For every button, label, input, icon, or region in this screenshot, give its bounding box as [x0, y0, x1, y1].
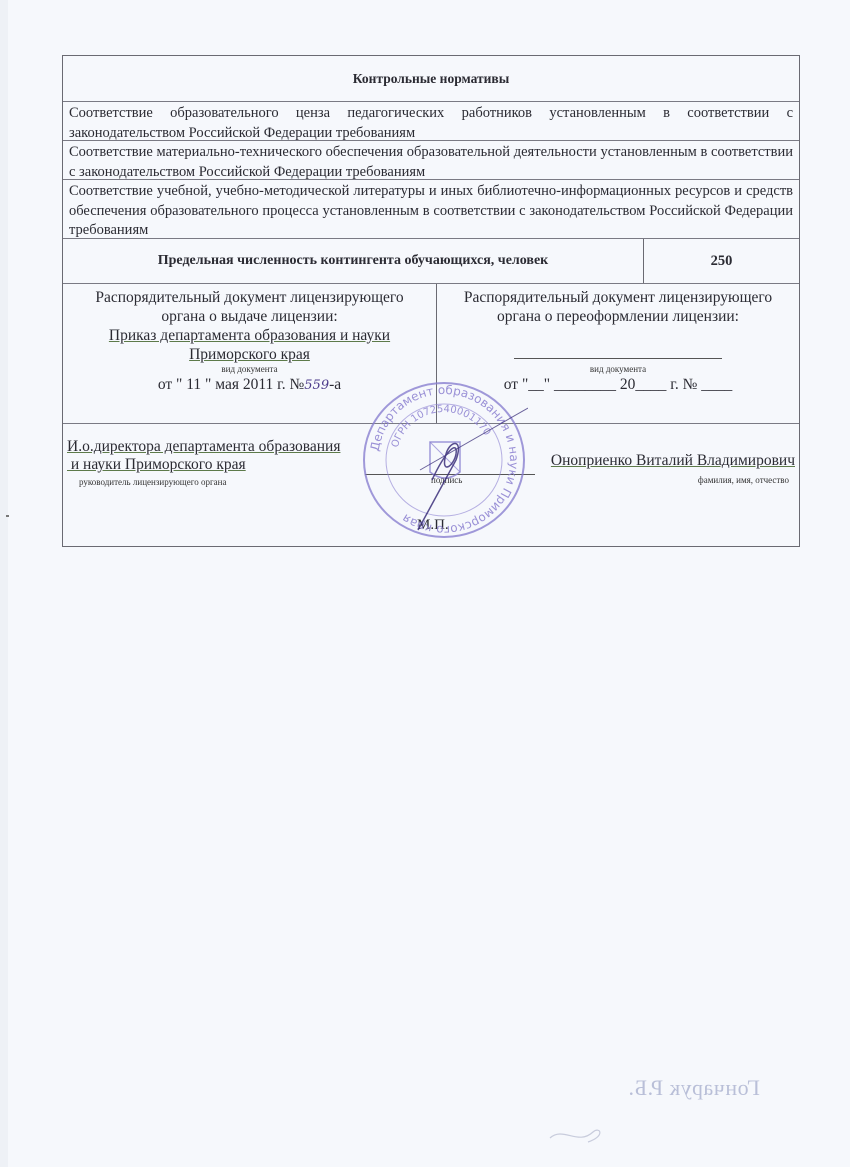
requirement-text: Соответствие образовательного ценза педа…: [69, 105, 793, 141]
bleed-through-signature-icon: [548, 1118, 608, 1148]
reissue-doc-type-blank: [514, 344, 722, 359]
reissue-doc-type-caption: вид документа: [437, 364, 799, 375]
issue-date-prefix: от " 11 " мая 2011 г. №: [158, 376, 304, 393]
student-limit-value: 250: [644, 239, 799, 283]
signer-name: Оноприенко Виталий Владимирович: [551, 452, 795, 470]
seal-label: М.П.: [417, 517, 449, 534]
requirement-row: Соответствие образовательного ценза педа…: [63, 102, 799, 141]
issue-date-line: от " 11 " мая 2011 г. №559-а: [63, 375, 436, 395]
table-header: Контрольные нормативы: [353, 71, 510, 87]
student-limit-row: Предельная численность контингента обуча…: [63, 239, 799, 284]
issue-doc-type-line2: Приморского края: [63, 345, 436, 364]
issue-doc-type-line1: Приказ департамента образования и науки: [63, 326, 436, 345]
requirement-text: Соответствие учебной, учебно-методическо…: [69, 183, 793, 238]
issue-document-cell: Распорядительный документ лицензирующего…: [63, 284, 437, 423]
reissue-date-line: от "__" ________ 20____ г. № ____: [437, 375, 799, 394]
name-caption: фамилия, имя, отчество: [698, 475, 789, 485]
student-limit-label: Предельная численность контингента обуча…: [63, 239, 644, 283]
issue-doc-type-caption: вид документа: [63, 364, 436, 375]
bleed-through-text: Гончарук Р.Б.: [628, 1075, 760, 1101]
signer-position-line1: И.о.директора департамента образования: [67, 438, 340, 456]
requirement-row: Соответствие материально-технического об…: [63, 141, 799, 180]
page-edge: [0, 0, 8, 1167]
order-number-suffix: -а: [329, 376, 341, 393]
signature-caption: подпись: [431, 475, 462, 485]
signer-caption: руководитель лицензирующего органа: [79, 477, 226, 487]
requirement-text: Соответствие материально-технического об…: [69, 144, 793, 180]
signature-row: И.о.директора департамента образования и…: [63, 424, 799, 546]
scan-speck: [6, 515, 9, 517]
issue-title-line1: Распорядительный документ лицензирующего: [63, 288, 436, 307]
administrative-documents-row: Распорядительный документ лицензирующего…: [63, 284, 799, 424]
requirement-row: Соответствие учебной, учебно-методическо…: [63, 180, 799, 239]
reissue-title-line2: органа о переоформлении лицензии:: [437, 307, 799, 326]
handwritten-order-number: 559: [304, 378, 329, 393]
signer-position-line2: и науки Приморского края: [67, 456, 340, 474]
reissue-title-line1: Распорядительный документ лицензирующего: [437, 288, 799, 307]
issue-title-line2: органа о выдаче лицензии:: [63, 307, 436, 326]
signer-position: И.о.директора департамента образования и…: [67, 438, 340, 474]
reissue-document-cell: Распорядительный документ лицензирующего…: [437, 284, 799, 423]
table-header-row: Контрольные нормативы: [63, 56, 799, 102]
control-standards-table: Контрольные нормативы Соответствие образ…: [62, 55, 800, 547]
